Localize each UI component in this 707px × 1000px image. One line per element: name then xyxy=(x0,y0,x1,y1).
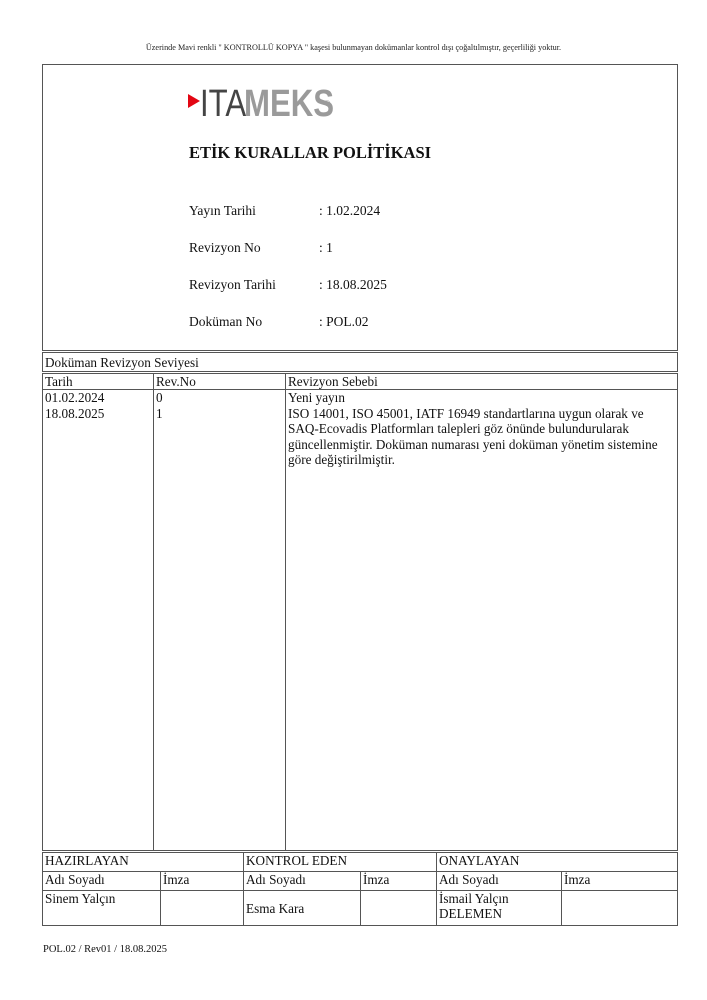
table-row-rev: 0 xyxy=(156,390,283,406)
name-label: Adı Soyadı xyxy=(244,872,361,891)
header-reason: Revizyon Sebebi xyxy=(286,372,678,390)
table-row-reason: Yeni yayın xyxy=(288,390,675,406)
meta-label: Yayın Tarihi xyxy=(189,203,319,219)
rev-column: 0 1 xyxy=(154,390,286,851)
logo-text-meks: MEKS xyxy=(244,84,334,124)
meta-value: : 1.02.2024 xyxy=(319,203,380,218)
document-title: ETİK KURALLAR POLİTİKASI xyxy=(189,143,431,163)
date-column: 01.02.2024 18.08.2025 xyxy=(43,390,154,851)
approver-name: İsmail Yalçın DELEMEN xyxy=(437,891,562,926)
meta-value: : 18.08.2025 xyxy=(319,277,387,292)
meta-revision-date: Revizyon Tarihi: 18.08.2025 xyxy=(189,277,387,293)
approver-signature xyxy=(562,891,678,926)
table-row-rev: 1 xyxy=(156,406,283,422)
revision-body-row: 01.02.2024 18.08.2025 0 1 Yeni yayın ISO… xyxy=(43,390,678,851)
meta-label: Doküman No xyxy=(189,314,319,330)
table-row-date: 01.02.2024 xyxy=(45,390,151,406)
signature-group-row: HAZIRLAYAN KONTROL EDEN ONAYLAYAN xyxy=(43,853,678,872)
checker-signature xyxy=(361,891,437,926)
meta-label: Revizyon No xyxy=(189,240,319,256)
sign-label: İmza xyxy=(562,872,678,891)
table-row-date: 18.08.2025 xyxy=(45,406,151,422)
signature-value-row: Sinem Yalçın Esma Kara İsmail Yalçın DEL… xyxy=(43,891,678,926)
name-label: Adı Soyadı xyxy=(437,872,562,891)
company-logo: ITA MEKS ® xyxy=(188,84,330,124)
logo-triangle-icon xyxy=(188,94,200,108)
logo-text-ita: ITA xyxy=(200,84,246,124)
meta-revision-no: Revizyon No: 1 xyxy=(189,240,333,256)
uncontrolled-copy-notice: Üzerinde Mavi renkli " KONTROLLÜ KOPYA "… xyxy=(0,43,707,52)
header-date: Tarih xyxy=(43,372,154,390)
reason-column: Yeni yayın ISO 14001, ISO 45001, IATF 16… xyxy=(286,390,678,851)
revision-header-row: Tarih Rev.No Revizyon Sebebi xyxy=(43,372,678,390)
sign-label: İmza xyxy=(361,872,437,891)
revision-section-row: Doküman Revizyon Seviyesi xyxy=(43,352,678,373)
table-row-reason: ISO 14001, ISO 45001, IATF 16949 standar… xyxy=(288,406,675,468)
sign-label: İmza xyxy=(161,872,244,891)
meta-document-no: Doküman No: POL.02 xyxy=(189,314,369,330)
meta-label: Revizyon Tarihi xyxy=(189,277,319,293)
group-approved-by: ONAYLAYAN xyxy=(437,853,678,872)
group-checked-by: KONTROL EDEN xyxy=(244,853,437,872)
signature-label-row: Adı Soyadı İmza Adı Soyadı İmza Adı Soya… xyxy=(43,872,678,891)
group-prepared-by: HAZIRLAYAN xyxy=(43,853,244,872)
meta-value: : 1 xyxy=(319,240,333,255)
meta-value: : POL.02 xyxy=(319,314,369,329)
preparer-name: Sinem Yalçın xyxy=(43,891,161,926)
meta-publish-date: Yayın Tarihi: 1.02.2024 xyxy=(189,203,380,219)
revision-table: Doküman Revizyon Seviyesi Tarih Rev.No R… xyxy=(42,350,678,851)
preparer-signature xyxy=(161,891,244,926)
signature-table: HAZIRLAYAN KONTROL EDEN ONAYLAYAN Adı So… xyxy=(42,852,678,926)
header-rev-no: Rev.No xyxy=(154,372,286,390)
name-label: Adı Soyadı xyxy=(43,872,161,891)
document-footer: POL.02 / Rev01 / 18.08.2025 xyxy=(43,944,167,955)
checker-name: Esma Kara xyxy=(244,891,361,926)
revision-section-title: Doküman Revizyon Seviyesi xyxy=(43,352,678,373)
